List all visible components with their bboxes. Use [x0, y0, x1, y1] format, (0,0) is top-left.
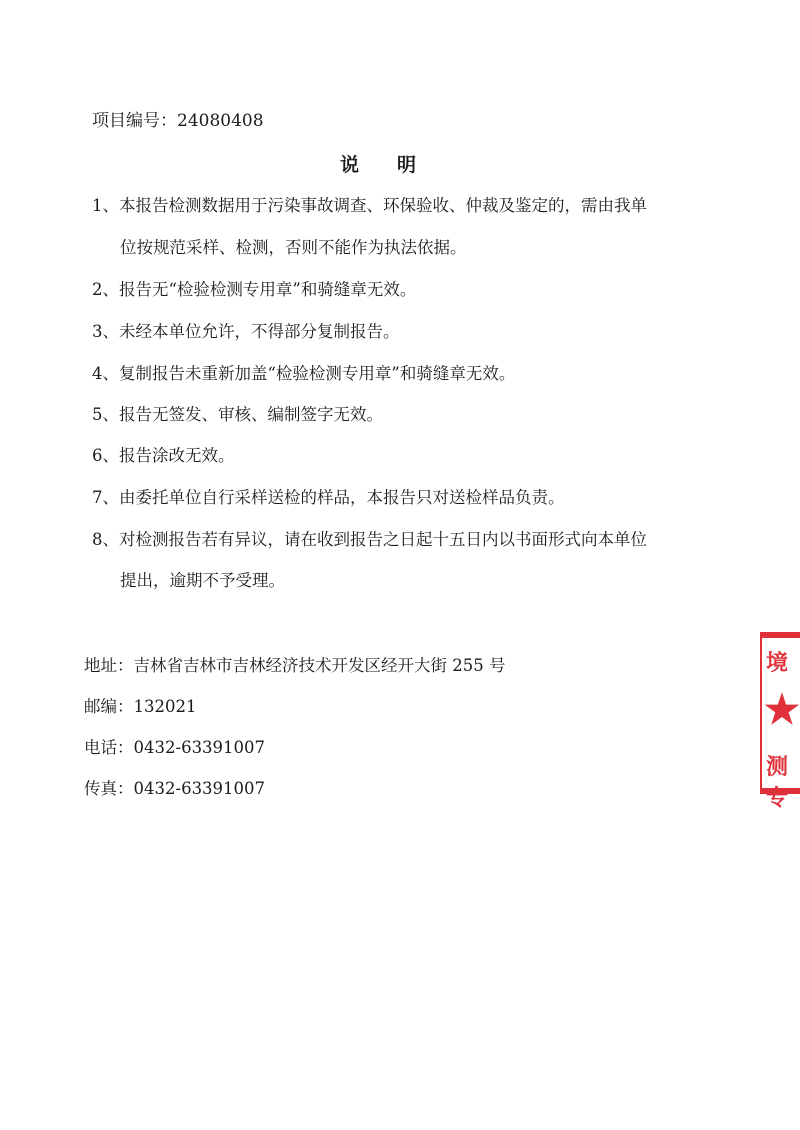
project-number-label: 项目编号： [92, 111, 177, 131]
project-number: 项目编号：24080408 [92, 106, 264, 131]
item-number: 6、 [92, 446, 119, 465]
list-item-2: 2、报告无“检验检测专用章”和骑缝章无效。 [92, 276, 416, 300]
list-item-8: 8、对检测报告若有异议，请在收到报告之日起十五日内以书面形式向本单位 [92, 526, 647, 550]
postcode-line: 邮编：132021 [84, 693, 197, 717]
address-label: 地址： [84, 656, 134, 675]
item-text: 由委托单位自行采样送检的样品，本报告只对送检样品负责。 [119, 488, 565, 507]
fax-value: 0432-63391007 [134, 779, 266, 798]
item-number: 5、 [92, 405, 119, 424]
star-icon: ★ [764, 690, 800, 730]
stamp-text-top: 境 [766, 646, 788, 677]
item-text: 报告涂改无效。 [119, 446, 235, 465]
phone-line: 电话：0432-63391007 [84, 734, 265, 758]
item-number: 3、 [92, 322, 119, 341]
item-text: 未经本单位允许，不得部分复制报告。 [119, 322, 400, 341]
item-number: 1、 [92, 196, 119, 215]
fax-line: 传真：0432-63391007 [84, 775, 265, 799]
list-item-4: 4、复制报告未重新加盖“检验检测专用章”和骑缝章无效。 [92, 360, 515, 384]
item-number: 4、 [92, 364, 119, 383]
item-text: 复制报告未重新加盖“检验检测专用章”和骑缝章无效。 [119, 364, 515, 383]
item-number: 7、 [92, 488, 119, 507]
item-number: 2、 [92, 280, 119, 299]
address-line: 地址：吉林省吉林市吉林经济技术开发区经开大街 255 号 [84, 652, 505, 676]
list-item-3: 3、未经本单位允许，不得部分复制报告。 [92, 318, 400, 342]
postcode-value: 132021 [134, 697, 197, 716]
item-number: 8、 [92, 530, 119, 549]
page-title: 说明 [340, 150, 454, 177]
item-text: 对检测报告若有异议，请在收到报告之日起十五日内以书面形式向本单位 [119, 530, 647, 549]
list-item-1-continued: 位按规范采样、检测，否则不能作为执法依据。 [120, 234, 467, 258]
list-item-1: 1、本报告检测数据用于污染事故调查、环保验收、仲裁及鉴定的，需由我单 [92, 192, 647, 216]
phone-label: 电话： [84, 738, 134, 757]
seam-stamp: 境 ★ 测专 [760, 632, 800, 794]
fax-label: 传真： [84, 779, 134, 798]
address-value: 吉林省吉林市吉林经济技术开发区经开大街 255 号 [134, 656, 506, 675]
phone-value: 0432-63391007 [134, 738, 266, 757]
list-item-7: 7、由委托单位自行采样送检的样品，本报告只对送检样品负责。 [92, 484, 565, 508]
list-item-8-continued: 提出，逾期不予受理。 [120, 567, 285, 591]
postcode-label: 邮编： [84, 697, 134, 716]
list-item-5: 5、报告无签发、审核、编制签字无效。 [92, 401, 383, 425]
item-text: 本报告检测数据用于污染事故调查、环保验收、仲裁及鉴定的，需由我单 [119, 196, 647, 215]
item-text: 报告无“检验检测专用章”和骑缝章无效。 [119, 280, 416, 299]
list-item-6: 6、报告涂改无效。 [92, 442, 235, 466]
project-number-value: 24080408 [177, 111, 264, 131]
stamp-text-bottom: 测专 [766, 750, 800, 812]
item-text: 报告无签发、审核、编制签字无效。 [119, 405, 383, 424]
